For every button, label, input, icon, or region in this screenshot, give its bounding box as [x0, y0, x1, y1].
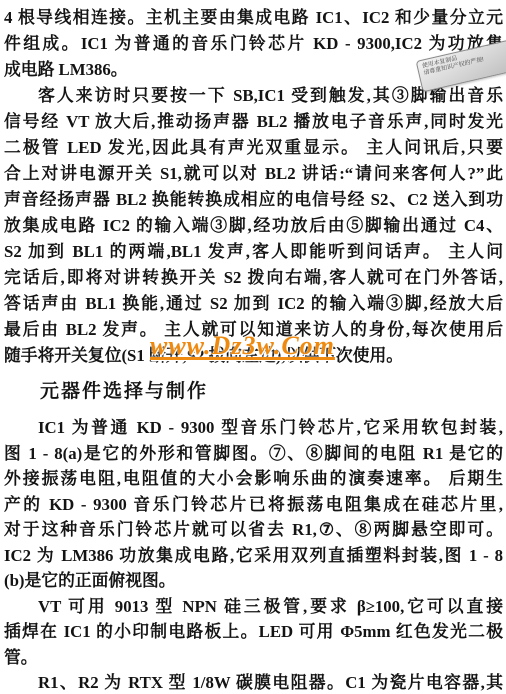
- text-line: 最后由 BL2 发声。 主人就可以知道来访人的身份,每次使用后: [4, 317, 503, 343]
- text-line: 管。: [4, 645, 503, 671]
- text-line: R1、R2 为 RTX 型 1/8W 碳膜电阻器。C1 为瓷片电容器,其: [4, 670, 503, 694]
- text-line: 随手将开关复位(S1 断开,S2 拨向左边),以供下次使用。: [4, 343, 503, 369]
- text-line: (b)是它的正面俯视图。: [4, 568, 503, 594]
- text-line: 声音经扬声器 BL2 换能转换成相应的电信号经 S2、C2 送入到功: [4, 187, 503, 213]
- text-line: 对于这种音乐门铃芯片就可以省去 R1,⑦、⑧两脚悬空即可。: [4, 517, 503, 543]
- text-line: 完话后,即将对讲转换开关 S2 拨向右端,客人就可在门外答话,: [4, 265, 503, 291]
- text-line: 件组成。IC1 为普通的音乐门铃芯片 KD - 9300,IC2 为功放集: [4, 31, 503, 57]
- text-line: IC2 为 LM386 功放集成电路,它采用双列直插塑料封装,图 1 - 8: [4, 543, 503, 569]
- scanned-book-page: 4 根导线相连接。主机主要由集成电路 IC1、IC2 和少量分立元件组成。IC1…: [0, 0, 506, 694]
- text-line: 二极管 LED 发光,因此具有声光双重显示。 主人问讯后,只要: [4, 135, 503, 161]
- page-text-column: 4 根导线相连接。主机主要由集成电路 IC1、IC2 和少量分立元件组成。IC1…: [0, 0, 506, 694]
- text-line: VT 可用 9013 型 NPN 硅三极管,要求 β≥100,它可以直接: [4, 594, 503, 620]
- text-line: 图 1 - 8(a)是它的外形和管脚图。⑦、⑧脚间的电阻 R1 是它的: [4, 441, 503, 467]
- text-line: 外接振荡电阻,电阻值的大小会影响乐曲的演奏速率。 后期生: [4, 466, 503, 492]
- text-line: 合上对讲电源开关 S1,就可以对 BL2 讲话:“请问来客何人?”此: [4, 161, 503, 187]
- text-line: 放集成电路 IC2 的输入端③脚,经功放后由⑤脚输出通过 C4、: [4, 213, 503, 239]
- section-heading: 元器件选择与制作: [4, 369, 503, 415]
- text-line: S2 加到 BL1 的两端,BL1 发声,客人即能听到问话声。 主人问: [4, 239, 503, 265]
- text-line: 4 根导线相连接。主机主要由集成电路 IC1、IC2 和少量分立元: [4, 5, 503, 31]
- text-line: 答话声由 BL1 换能,通过 S2 加到 IC2 的输入端③脚,经放大后: [4, 291, 503, 317]
- text-line: 信号经 VT 放大后,推动扬声器 BL2 播放电子音乐声,同时发光: [4, 109, 503, 135]
- text-line: 插焊在 IC1 的小印制电路板上。LED 可用 Φ5mm 红色发光二极: [4, 619, 503, 645]
- text-line: 产的 KD - 9300 音乐门铃芯片已将振荡电阻集成在硅芯片里,: [4, 492, 503, 518]
- text-line: IC1 为普通 KD - 9300 型音乐门铃芯片,它采用软包封装,: [4, 415, 503, 441]
